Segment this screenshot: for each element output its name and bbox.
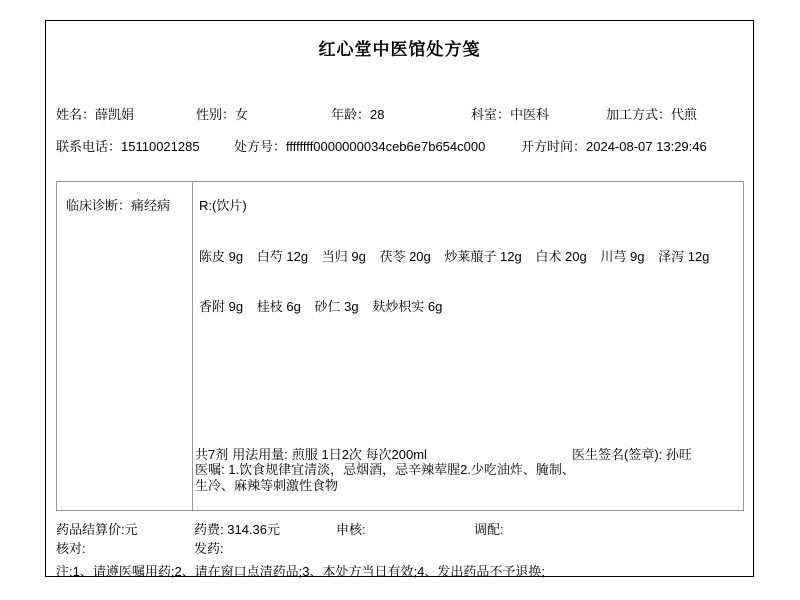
herb-dose: 20g xyxy=(409,249,431,264)
herb-name: 泽泻 xyxy=(658,249,684,264)
field-value: 2024-08-07 13:29:46 xyxy=(586,139,707,154)
fee-field: 药费: 314.36元 xyxy=(194,522,280,538)
processing-method-field: 加工方式：代煎 xyxy=(606,107,697,123)
herb-item: 茯苓 20g xyxy=(379,249,430,264)
diagnosis-field: 临床诊断：痛经病 xyxy=(66,195,170,214)
usage-label: 用法用量: xyxy=(232,447,288,462)
field-label: 科室： xyxy=(471,107,510,122)
herb-item: 砂仁 3g xyxy=(314,299,358,314)
field-value: 中医科 xyxy=(510,107,549,122)
field-label: 联系电话： xyxy=(56,139,121,154)
dispense-field: 调配: xyxy=(474,522,504,538)
department-field: 科室：中医科 xyxy=(471,107,549,123)
diagnosis-value: 痛经病 xyxy=(131,198,170,213)
herb-name: 川芎 xyxy=(600,249,626,264)
usage-line: 共7剂用法用量:煎服 1日2次 每次200ml xyxy=(195,444,431,463)
herb-dose: 9g xyxy=(630,249,644,264)
herb-dose: 20g xyxy=(565,249,587,264)
prescription-box: 临床诊断：痛经病 R:(饮片) 陈皮 9g 白芍 12g 当归 9g 茯苓 20… xyxy=(56,181,744,511)
review-field: 申核: xyxy=(336,522,366,538)
herb-name: 香附 xyxy=(199,299,225,314)
herb-item: 川芎 9g xyxy=(600,249,644,264)
herb-item: 当归 9g xyxy=(322,249,366,264)
herb-name: 桂枝 xyxy=(257,299,283,314)
medical-advice: 医嘱: 1.饮食规律宜清淡，忌烟酒，忌辛辣荤腥2.少吃油炸、腌制、生冷、麻辣等刺… xyxy=(195,462,577,494)
herb-dose: 12g xyxy=(500,249,522,264)
doctor-signature-label: 医生签名(签章): xyxy=(572,447,666,462)
herb-item: 炒莱菔子 12g xyxy=(444,249,521,264)
herb-dose: 9g xyxy=(229,299,243,314)
herb-name: 砂仁 xyxy=(314,299,340,314)
herb-item: 麸炒枳实 6g xyxy=(372,299,442,314)
field-value: ffffffff0000000034ceb6e7b654c000 xyxy=(286,139,485,154)
field-value: 代煎 xyxy=(671,107,697,122)
herb-name: 当归 xyxy=(322,249,348,264)
prescription-number-field: 处方号：ffffffff0000000034ceb6e7b654c000 xyxy=(234,139,485,155)
doctor-name: 孙旺 xyxy=(666,447,692,462)
herb-dose: 12g xyxy=(286,249,308,264)
age-field: 年龄：28 xyxy=(331,107,384,123)
herb-dose: 6g xyxy=(286,299,300,314)
herb-item: 泽泻 12g xyxy=(658,249,709,264)
usage-value: 煎服 1日2次 每次200ml xyxy=(292,447,427,462)
dose-count: 共7剂 xyxy=(195,447,228,462)
field-label: 开方时间： xyxy=(521,139,586,154)
herb-dose: 12g xyxy=(688,249,710,264)
herb-line-2: 香附 9g 桂枝 6g 砂仁 3g 麸炒枳实 6g xyxy=(199,296,452,315)
herb-name: 陈皮 xyxy=(199,249,225,264)
herb-item: 白芍 12g xyxy=(257,249,308,264)
field-label: 处方号： xyxy=(234,139,286,154)
field-label: 年龄： xyxy=(331,107,370,122)
check-field: 核对: xyxy=(56,541,86,557)
herb-name: 炒莱菔子 xyxy=(444,249,496,264)
prescription-form: 红心堂中医馆处方笺 姓名：薛凯娟 性别：女 年龄：28 科室：中医科 加工方式：… xyxy=(0,0,800,600)
field-value: 28 xyxy=(370,107,384,122)
field-value: 薛凯娟 xyxy=(95,107,134,122)
form-title: 红心堂中医馆处方笺 xyxy=(46,35,753,60)
field-label: 姓名： xyxy=(56,107,95,122)
field-label: 药费: xyxy=(194,522,227,537)
herb-line-1: 陈皮 9g 白芍 12g 当归 9g 茯苓 20g 炒莱菔子 12g 白术 20… xyxy=(199,246,719,265)
field-value: 元 xyxy=(125,522,138,537)
rp-header: R:(饮片) xyxy=(199,195,247,214)
field-value: 女 xyxy=(235,107,248,122)
cell-divider xyxy=(192,182,193,510)
note-line: 注:1、请遵医嘱用药;2、请在窗口点清药品;3、本处方当日有效;4、发出药品不予… xyxy=(56,561,545,580)
settlement-price-field: 药品结算价:元 xyxy=(56,522,138,538)
field-value: 314.36元 xyxy=(227,522,280,537)
herb-dose: 6g xyxy=(428,299,442,314)
field-label: 加工方式： xyxy=(606,107,671,122)
herb-name: 麸炒枳实 xyxy=(372,299,424,314)
prescription-time-field: 开方时间：2024-08-07 13:29:46 xyxy=(521,139,707,155)
gender-field: 性别：女 xyxy=(196,107,248,123)
issue-field: 发药: xyxy=(194,541,224,557)
field-label: 性别： xyxy=(196,107,235,122)
phone-field: 联系电话：15110021285 xyxy=(56,139,200,155)
herb-name: 白芍 xyxy=(257,249,283,264)
herb-name: 白术 xyxy=(535,249,561,264)
field-label: 药品结算价: xyxy=(56,522,125,537)
herb-item: 桂枝 6g xyxy=(257,299,301,314)
outer-border: 红心堂中医馆处方笺 姓名：薛凯娟 性别：女 年龄：28 科室：中医科 加工方式：… xyxy=(45,20,754,577)
herb-name: 茯苓 xyxy=(379,249,405,264)
herb-item: 陈皮 9g xyxy=(199,249,243,264)
diagnosis-label: 临床诊断： xyxy=(66,198,131,213)
herb-dose: 9g xyxy=(229,249,243,264)
herb-dose: 9g xyxy=(351,249,365,264)
doctor-signature-field: 医生签名(签章): 孙旺 xyxy=(572,444,692,463)
patient-name-field: 姓名：薛凯娟 xyxy=(56,107,134,123)
field-value: 15110021285 xyxy=(121,139,200,154)
herb-item: 香附 9g xyxy=(199,299,243,314)
herb-dose: 3g xyxy=(344,299,358,314)
herb-item: 白术 20g xyxy=(535,249,586,264)
